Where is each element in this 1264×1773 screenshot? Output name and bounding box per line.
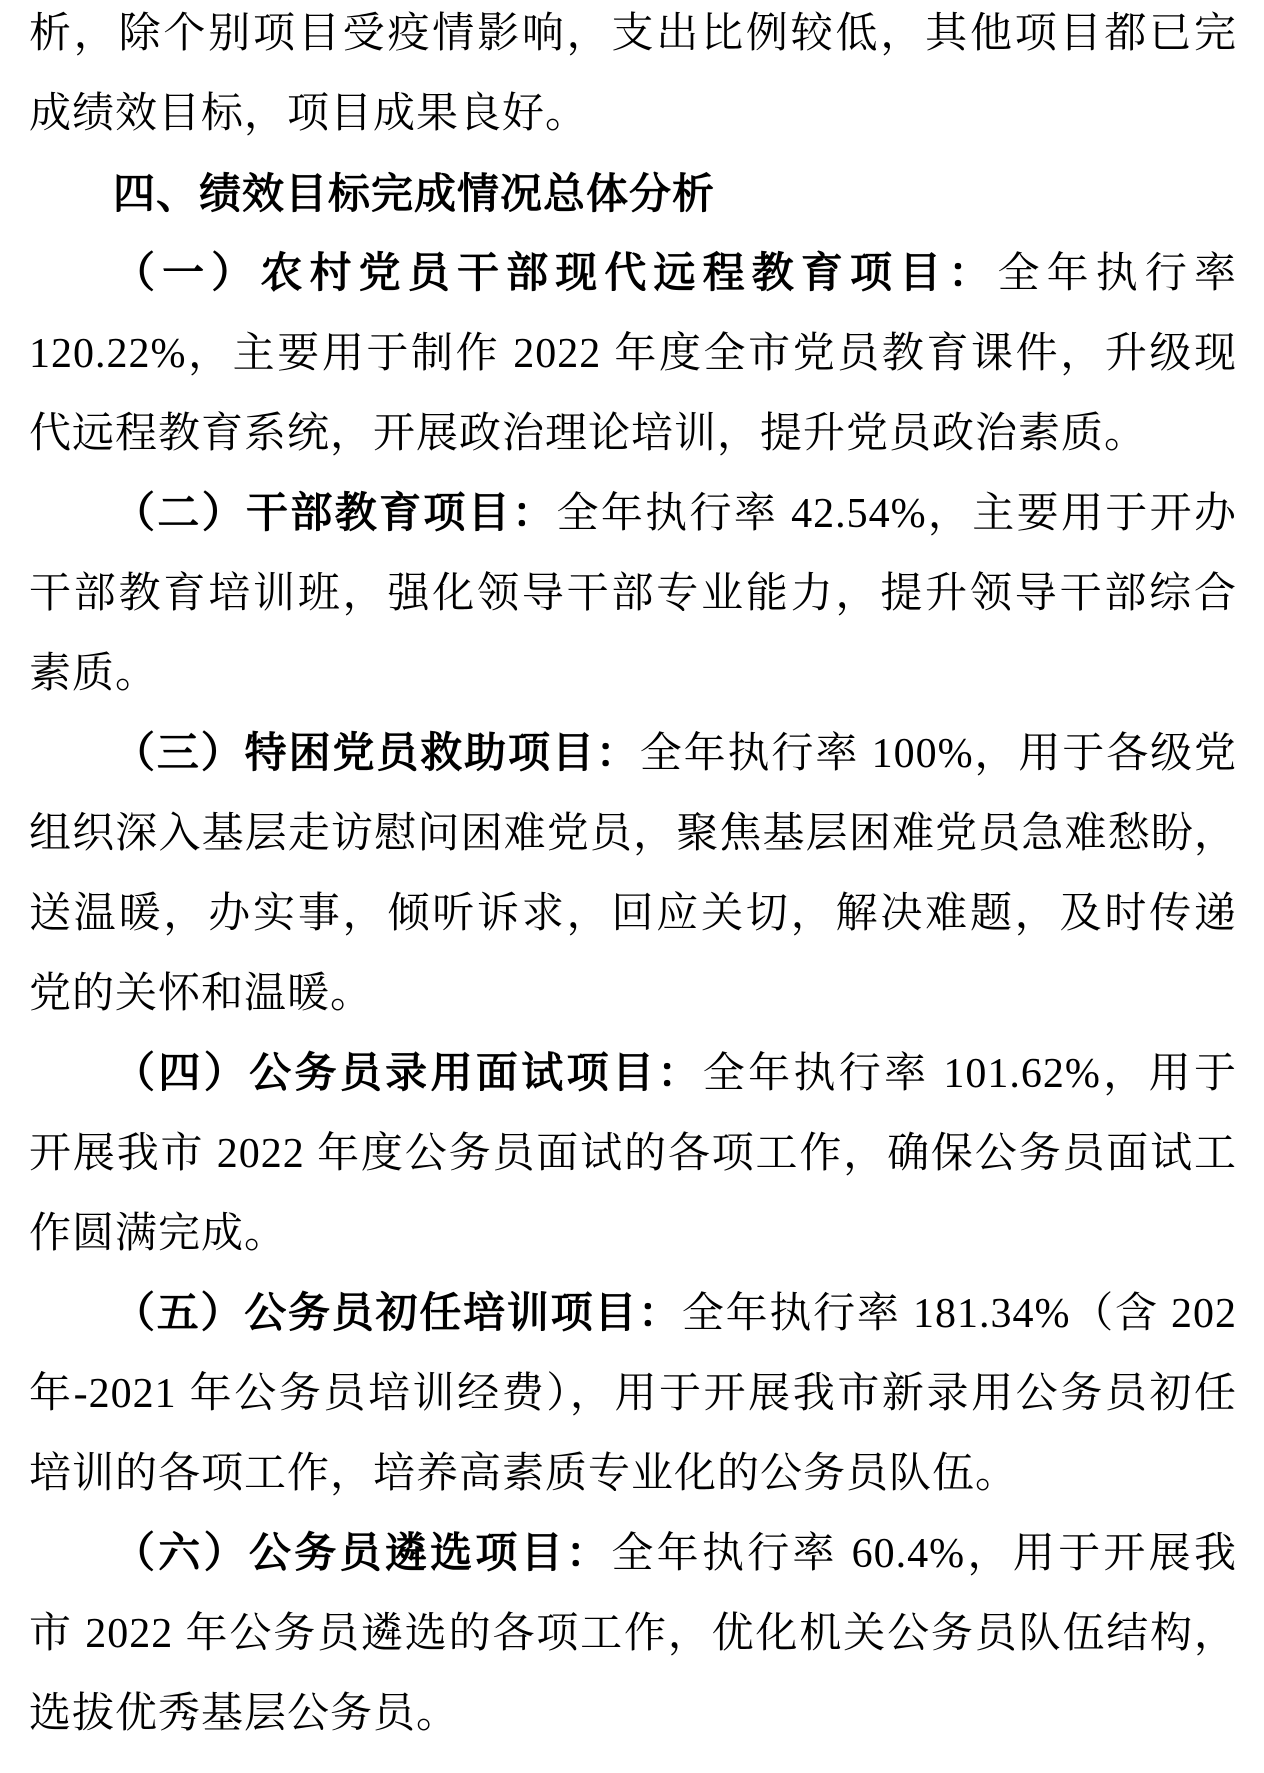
item-6-line-2: 市 2022 年公务员遴选的各项工作，优化机关公务员队伍结构，: [29, 1594, 1237, 1674]
item-2-line-3-text: 素质。: [29, 651, 158, 697]
item-4-line-2: 开展我市 2022 年度公务员面试的各项工作，确保公务员面试工: [29, 1114, 1237, 1194]
item-4-first-line: （四）公务员录用面试项目：全年执行率 101.62%，用于: [29, 1034, 1237, 1114]
item-2-line-2-text: 干部教育培训班，强化领导干部专业能力，提升领导干部综合: [29, 571, 1237, 617]
para-intro-line-1-text: 析，除个别项目受疫情影响，支出比例较低，其他项目都已完: [29, 11, 1237, 57]
item-3-line-4-text: 党的关怀和温暖。: [29, 971, 373, 1017]
document-body: 析，除个别项目受疫情影响，支出比例较低，其他项目都已完 成绩效目标，项目成果良好…: [29, 0, 1237, 1754]
item-3-first-line: （三）特困党员救助项目：全年执行率 100%，用于各级党: [29, 714, 1237, 794]
para-intro-line-1: 析，除个别项目受疫情影响，支出比例较低，其他项目都已完: [29, 0, 1237, 74]
item-2-line-3: 素质。: [29, 634, 1237, 714]
item-4-line-2-text: 开展我市 2022 年度公务员面试的各项工作，确保公务员面试工: [29, 1131, 1237, 1177]
section-heading: 四、绩效目标完成情况总体分析: [29, 154, 1237, 234]
item-5-first-line: （五）公务员初任培训项目：全年执行率 181.34%（含 2020: [29, 1274, 1237, 1354]
item-1-text-start: 全年执行率: [997, 251, 1237, 297]
item-3-line-4: 党的关怀和温暖。: [29, 954, 1237, 1034]
item-2-line-2: 干部教育培训班，强化领导干部专业能力，提升领导干部综合: [29, 554, 1237, 634]
item-5-line-2: 年-2021 年公务员培训经费），用于开展我市新录用公务员初任: [29, 1354, 1237, 1434]
item-4-line-3-text: 作圆满完成。: [29, 1211, 287, 1257]
item-2-title: （二）干部教育项目：: [113, 491, 556, 537]
item-6-line-3-text: 选拔优秀基层公务员。: [29, 1691, 459, 1737]
item-6-first-line: （六）公务员遴选项目：全年执行率 60.4%，用于开展我: [29, 1514, 1237, 1594]
item-3-title: （三）特困党员救助项目：: [113, 731, 640, 777]
item-6-title: （六）公务员遴选项目：: [113, 1531, 611, 1577]
para-intro-line-2: 成绩效目标，项目成果良好。: [29, 74, 1237, 154]
item-3-line-3-text: 送温暖，办实事，倾听诉求，回应关切，解决难题，及时传递: [29, 891, 1237, 937]
document-page: 析，除个别项目受疫情影响，支出比例较低，其他项目都已完 成绩效目标，项目成果良好…: [0, 0, 1264, 1773]
item-2-text-start: 全年执行率 42.54%，主要用于开办: [556, 491, 1237, 537]
item-5-title: （五）公务员初任培训项目：: [113, 1291, 682, 1337]
item-6-line-2-text: 市 2022 年公务员遴选的各项工作，优化机关公务员队伍结构，: [29, 1611, 1237, 1657]
section-heading-text: 四、绩效目标完成情况总体分析: [113, 170, 715, 217]
item-6-text-start: 全年执行率 60.4%，用于开展我: [611, 1531, 1237, 1577]
item-1-line-2-text: 120.22%，主要用于制作 2022 年度全市党员教育课件，升级现: [29, 331, 1237, 377]
para-intro-line-2-text: 成绩效目标，项目成果良好。: [29, 91, 588, 137]
item-3-line-2-text: 组织深入基层走访慰问困难党员，聚焦基层困难党员急难愁盼，: [29, 811, 1237, 857]
item-3-text-start: 全年执行率 100%，用于各级党: [640, 731, 1237, 777]
item-3-line-2: 组织深入基层走访慰问困难党员，聚焦基层困难党员急难愁盼，: [29, 794, 1237, 874]
item-1-line-2: 120.22%，主要用于制作 2022 年度全市党员教育课件，升级现: [29, 314, 1237, 394]
item-1-first-line: （一）农村党员干部现代远程教育项目：全年执行率: [29, 234, 1237, 314]
item-5-line-3-text: 培训的各项工作，培养高素质专业化的公务员队伍。: [29, 1451, 1018, 1497]
item-5-line-2-text: 年-2021 年公务员培训经费），用于开展我市新录用公务员初任: [29, 1371, 1237, 1417]
item-4-text-start: 全年执行率 101.62%，用于: [703, 1051, 1237, 1097]
item-1-line-3: 代远程教育系统，开展政治理论培训，提升党员政治素质。: [29, 394, 1237, 474]
item-4-line-3: 作圆满完成。: [29, 1194, 1237, 1274]
item-2-first-line: （二）干部教育项目：全年执行率 42.54%，主要用于开办: [29, 474, 1237, 554]
item-6-line-3: 选拔优秀基层公务员。: [29, 1674, 1237, 1754]
item-3-line-3: 送温暖，办实事，倾听诉求，回应关切，解决难题，及时传递: [29, 874, 1237, 954]
item-1-title: （一）农村党员干部现代远程教育项目：: [113, 251, 997, 297]
item-1-line-3-text: 代远程教育系统，开展政治理论培训，提升党员政治素质。: [29, 411, 1147, 457]
item-4-title: （四）公务员录用面试项目：: [113, 1051, 703, 1097]
item-5-line-3: 培训的各项工作，培养高素质专业化的公务员队伍。: [29, 1434, 1237, 1514]
